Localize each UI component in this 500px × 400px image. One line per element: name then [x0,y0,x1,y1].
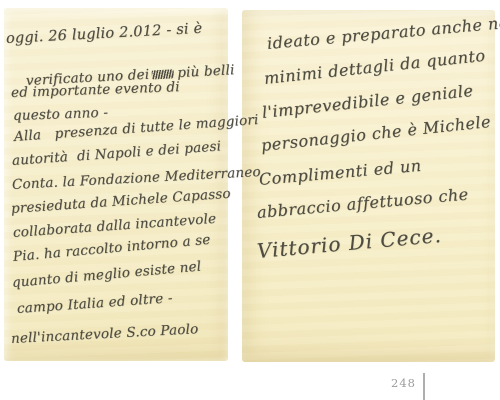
scribble-strikeout [152,69,174,79]
line-text: più belli [177,62,235,81]
handwritten-line: questo anno - [13,105,109,124]
page-number: 248 [391,376,416,390]
scanned-letter-spread: oggi. 26 luglio 2.012 - si è verificato … [0,0,500,400]
page-number-divider [423,373,425,400]
